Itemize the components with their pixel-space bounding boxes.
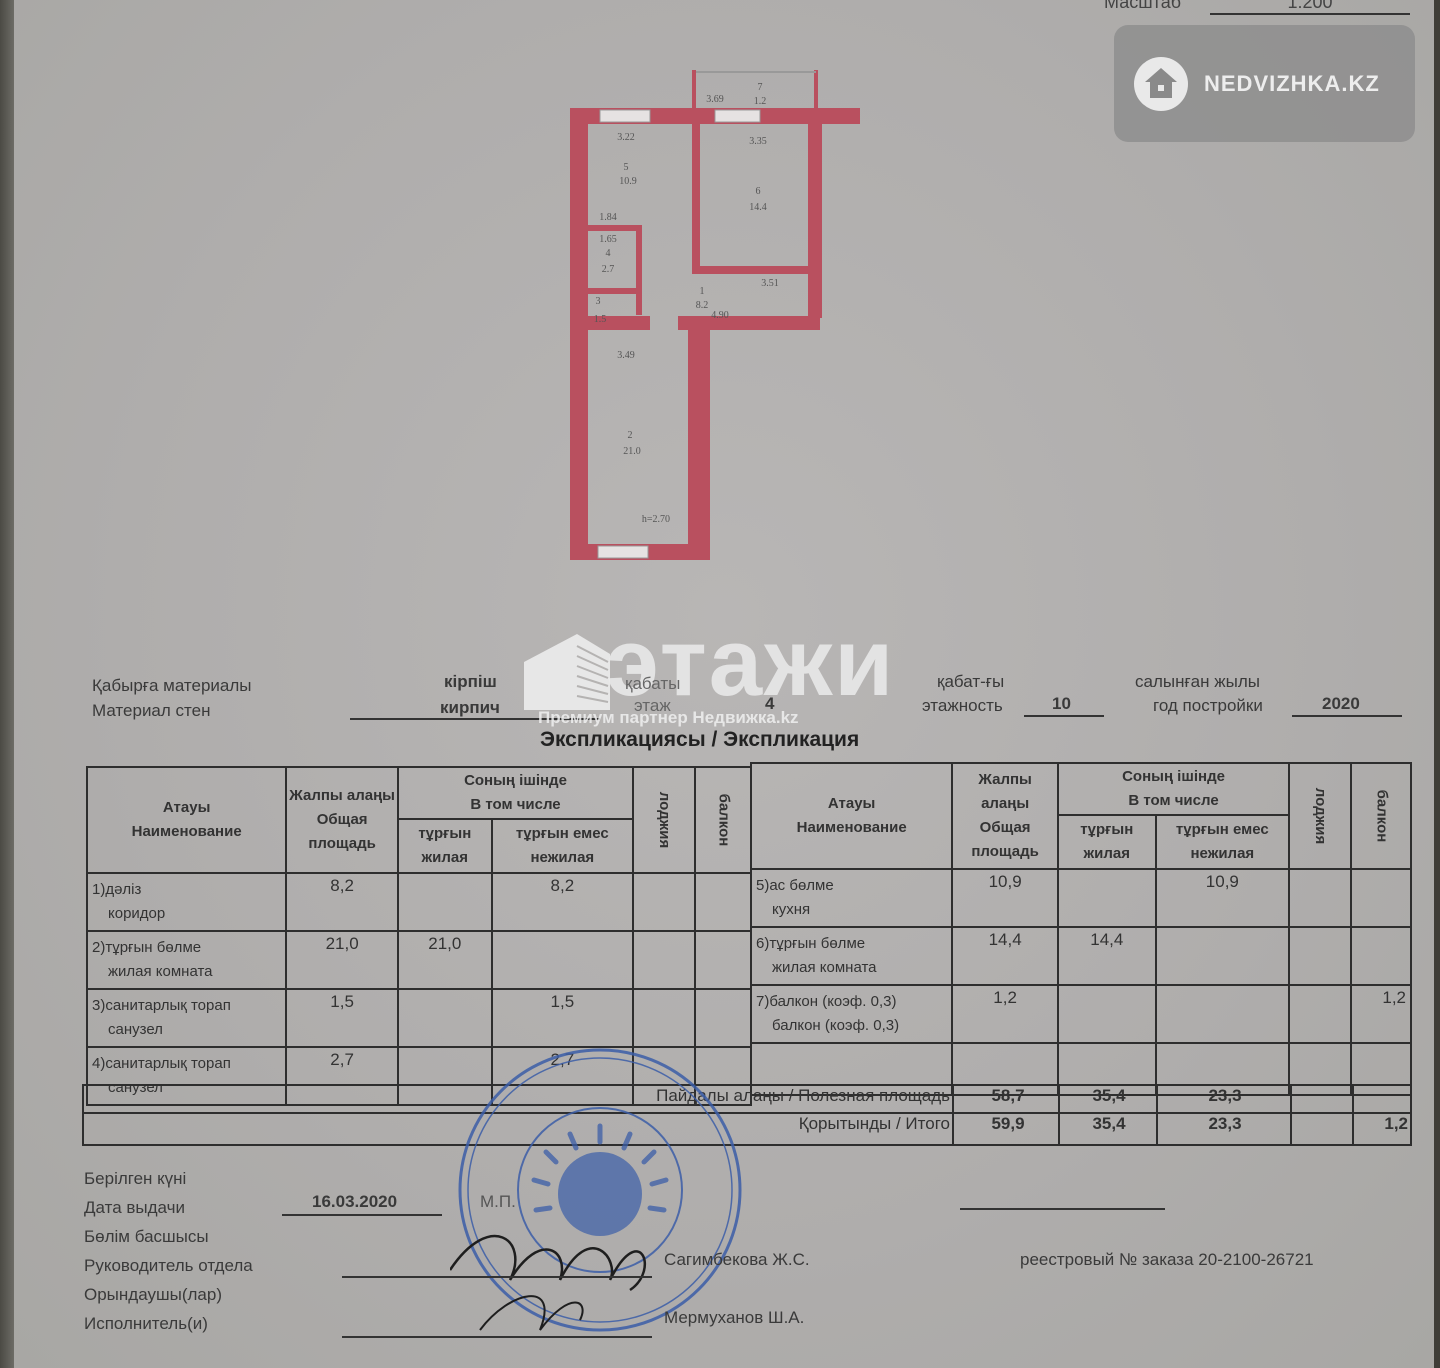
signature-underline (960, 1208, 1165, 1210)
svg-text:3.69: 3.69 (706, 94, 724, 105)
svg-text:10.9: 10.9 (619, 176, 637, 187)
svg-text:1: 1 (700, 286, 705, 297)
svg-text:2: 2 (628, 430, 633, 441)
balcony-area: 1,2 (1351, 985, 1411, 1043)
house-icon (1134, 57, 1188, 111)
balcony-area (695, 931, 751, 989)
issue-date-label: Берілген күні Дата выдачи Бөлім басшысы … (84, 1164, 253, 1338)
room-name: 3)санитарлық торапсанузел (87, 989, 286, 1047)
svg-text:4.90: 4.90 (711, 310, 729, 321)
summary-total: 59,9 (956, 1114, 1060, 1134)
explication-title: Экспликациясы / Экспликация (540, 728, 859, 752)
living-area (1058, 985, 1156, 1043)
summary-nonliving: 23,3 (1158, 1086, 1292, 1106)
nonliving-area (492, 931, 633, 989)
head-label-kz: Бөлім басшысы (84, 1222, 253, 1251)
loggia-area (633, 873, 695, 931)
table-row: 7)балкон (коэф. 0,3)балкон (коэф. 0,3)1,… (751, 985, 1411, 1043)
total-area: 8,2 (286, 873, 398, 931)
table-row: 1)дәлізкоридор8,28,2 (87, 873, 751, 931)
svg-text:14.4: 14.4 (749, 202, 767, 213)
summary-living: 35,4 (1060, 1086, 1158, 1106)
room-name: 7)балкон (коэф. 0,3)балкон (коэф. 0,3) (751, 985, 952, 1043)
year-label-kz: салынған жылы (1135, 672, 1260, 692)
total-area: 1,2 (952, 985, 1058, 1043)
stamp-place-label: М.П. (480, 1192, 516, 1212)
col-header-name: АтауыНаименование (751, 763, 952, 869)
balcony-area (1351, 927, 1411, 985)
col-header-included: Соның ішіндеВ том числе (1058, 763, 1289, 815)
col-header-living: тұрғынжилая (398, 819, 492, 873)
floors-value: 10 (1052, 694, 1071, 714)
svg-text:1.2: 1.2 (754, 96, 767, 107)
issue-date-value: 16.03.2020 (312, 1192, 397, 1212)
col-header-total: Жалпы алаңыОбщая площадь (952, 763, 1058, 869)
summary-living: 35,4 (1060, 1114, 1158, 1134)
issue-date-label-kz: Берілген күні (84, 1164, 253, 1193)
col-header-nonliving: тұрғын емеснежилая (1156, 815, 1289, 869)
wall-material-value-ru: кирпич (440, 698, 500, 718)
nonliving-area (1156, 927, 1289, 985)
svg-text:3.35: 3.35 (749, 136, 767, 147)
table-row: 2)тұрғын бөлмежилая комната21,021,0 (87, 931, 751, 989)
room-name: 6)тұрғын бөлмежилая комната (751, 927, 952, 985)
svg-text:5: 5 (624, 162, 629, 173)
nedvizhka-text: NEDVIZHKA.KZ (1204, 71, 1380, 97)
nonliving-area (1156, 985, 1289, 1043)
wall-material-value-kz: кірпіш (444, 672, 497, 692)
year-underline (1292, 715, 1402, 717)
room-name: 1)дәлізкоридор (87, 873, 286, 931)
svg-text:1.84: 1.84 (599, 212, 617, 223)
year-label-ru: год постройки (1153, 696, 1263, 716)
svg-text:7: 7 (758, 82, 763, 93)
col-header-included: Соның ішіндеВ том числе (398, 767, 633, 819)
floor-value: 4 (765, 694, 774, 714)
svg-text:3: 3 (596, 296, 601, 307)
svg-text:3.22: 3.22 (617, 132, 635, 143)
photo-edge-left (0, 0, 14, 1368)
plan-height-label: h=2.70 (642, 514, 670, 525)
floors-label-ru: этажность (922, 696, 1003, 716)
total-area: 14,4 (952, 927, 1058, 985)
total-area: 21,0 (286, 931, 398, 989)
svg-text:8.2: 8.2 (696, 300, 709, 311)
wall-material-underline (350, 718, 600, 720)
col-header-total: Жалпы алаңыОбщая площадь (286, 767, 398, 873)
nedvizhka-watermark: NEDVIZHKA.KZ (1114, 25, 1415, 142)
scale-value: 1:200 (1210, 0, 1410, 15)
official-stamp (450, 1030, 750, 1350)
living-area: 14,4 (1058, 927, 1156, 985)
svg-text:6: 6 (756, 186, 761, 197)
living-area (398, 873, 492, 931)
total-area: 10,9 (952, 869, 1058, 927)
head-label-ru: Руководитель отдела (84, 1251, 253, 1280)
floor-plan: 3.69 7 1.2 3.22 5 10.9 3.35 6 14.4 1.84 … (560, 60, 860, 570)
loggia-area (1289, 869, 1351, 927)
head-signature-line (342, 1276, 652, 1278)
total-area: 1,5 (286, 989, 398, 1047)
year-value: 2020 (1322, 694, 1360, 714)
svg-text:3.51: 3.51 (761, 278, 779, 289)
summary-column-divider (952, 1084, 954, 1146)
scale-field: Масштаб 1:200 (1104, 0, 1181, 13)
summary-nonliving: 23,3 (1158, 1114, 1292, 1134)
col-header-nonliving: тұрғын емеснежилая (492, 819, 633, 873)
living-area: 21,0 (398, 931, 492, 989)
loggia-area (1289, 927, 1351, 985)
col-header-balcony: балкон (1351, 763, 1411, 869)
loggia-area (633, 931, 695, 989)
col-header-balcony: балкон (695, 767, 751, 873)
room-name: 2)тұрғын бөлмежилая комната (87, 931, 286, 989)
wall-material-label-kz: Қабырға материалы (92, 676, 252, 696)
summary-column-divider (1156, 1084, 1158, 1146)
executor-signature-line (342, 1336, 652, 1338)
svg-text:3.49: 3.49 (617, 350, 635, 361)
summary-column-divider (1352, 1084, 1354, 1146)
floor-label-ru: этаж (634, 696, 671, 716)
wall-material-label-ru: Материал стен (92, 701, 210, 721)
floors-underline (1024, 715, 1104, 717)
svg-text:1.5: 1.5 (594, 314, 607, 325)
table-row: 5)ас бөлмекухня10,910,9 (751, 869, 1411, 927)
room-name: 5)ас бөлмекухня (751, 869, 952, 927)
executor-label-kz: Орындаушы(лар) (84, 1280, 253, 1309)
col-header-loggia: лоджия (633, 767, 695, 873)
table-row: 6)тұрғын бөлмежилая комната14,414,4 (751, 927, 1411, 985)
svg-text:2.7: 2.7 (602, 264, 615, 275)
scale-label: Масштаб (1104, 0, 1181, 12)
explication-table-right: АтауыНаименование Жалпы алаңыОбщая площа… (750, 762, 1412, 1096)
executor-name: Мермуханов Ш.А. (664, 1308, 804, 1328)
svg-text:1.65: 1.65 (599, 234, 617, 245)
col-header-name: АтауыНаименование (87, 767, 286, 873)
executor-label-ru: Исполнитель(и) (84, 1309, 253, 1338)
nonliving-area: 8,2 (492, 873, 633, 931)
head-name: Сагимбекова Ж.С. (664, 1250, 810, 1270)
balcony-area (695, 873, 751, 931)
summary-total: 58,7 (956, 1086, 1060, 1106)
summary-column-divider (1290, 1084, 1292, 1146)
svg-text:4: 4 (606, 248, 611, 259)
loggia-area (1289, 985, 1351, 1043)
svg-text:21.0: 21.0 (623, 446, 641, 457)
col-header-loggia: лоджия (1289, 763, 1351, 869)
balcony-area (1351, 869, 1411, 927)
nonliving-area: 10,9 (1156, 869, 1289, 927)
summary-balcony: 1,2 (1354, 1114, 1408, 1134)
living-area (1058, 869, 1156, 927)
issue-date-underline (282, 1214, 442, 1216)
summary-column-divider (1058, 1084, 1060, 1146)
floor-label-kz: қабаты (625, 674, 680, 694)
photo-edge-right (1434, 0, 1440, 1368)
floors-label-kz: қабат-ғы (937, 672, 1004, 692)
registry-number: реестровый № заказа 20-2100-26721 (1020, 1250, 1314, 1270)
col-header-living: тұрғынжилая (1058, 815, 1156, 869)
issue-date-label-ru: Дата выдачи (84, 1193, 253, 1222)
